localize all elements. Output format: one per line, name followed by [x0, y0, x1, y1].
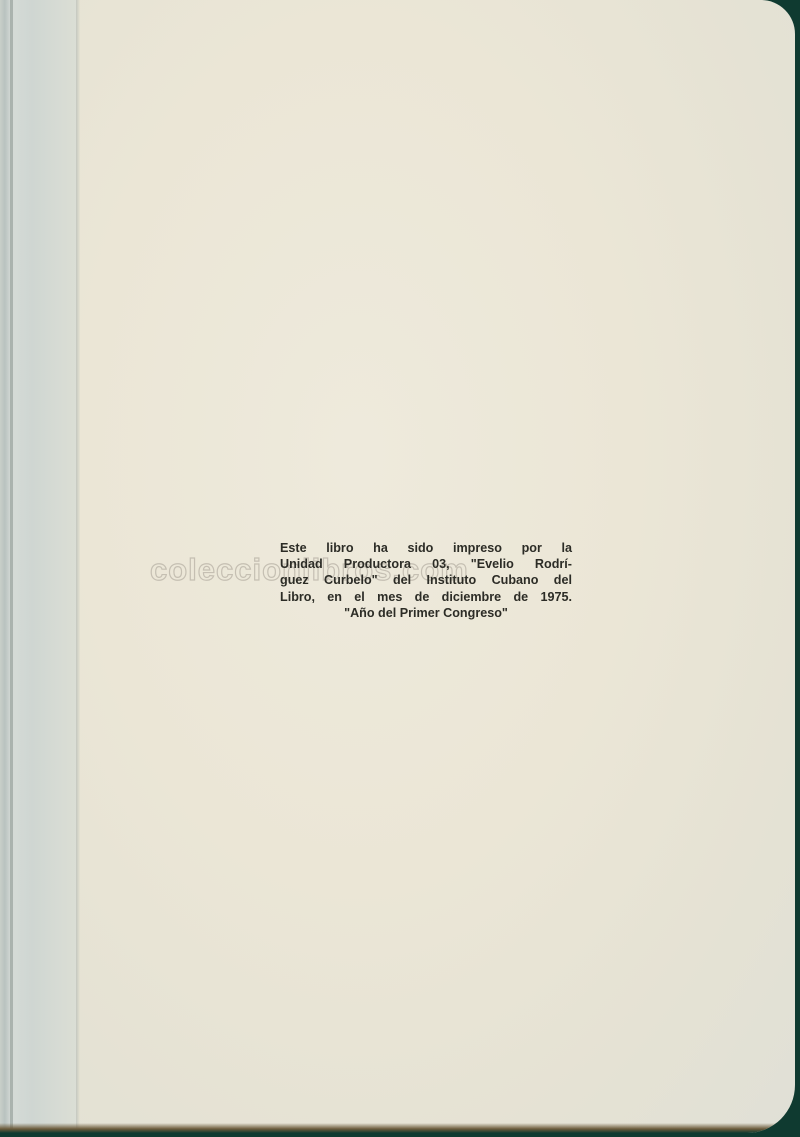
colophon-line: Este libro ha sido impreso por la: [280, 540, 572, 556]
page-bottom-edge: [0, 1123, 795, 1133]
colophon-line: guez Curbelo" del Instituto Cubano del: [280, 572, 572, 588]
colophon-text: Este libro ha sido impreso por la Unidad…: [280, 540, 572, 621]
colophon-line: Unidad Productora 03, "Evelio Rodrí-: [280, 556, 572, 572]
colophon-line: "Año del Primer Congreso": [280, 605, 572, 621]
book-spine: [0, 0, 80, 1133]
book-page: coleccionlibros.com Este libro ha sido i…: [0, 0, 795, 1133]
spine-fold: [76, 0, 80, 1133]
colophon-line: Libro, en el mes de diciembre de 1975.: [280, 589, 572, 605]
spine-edge: [10, 0, 13, 1133]
